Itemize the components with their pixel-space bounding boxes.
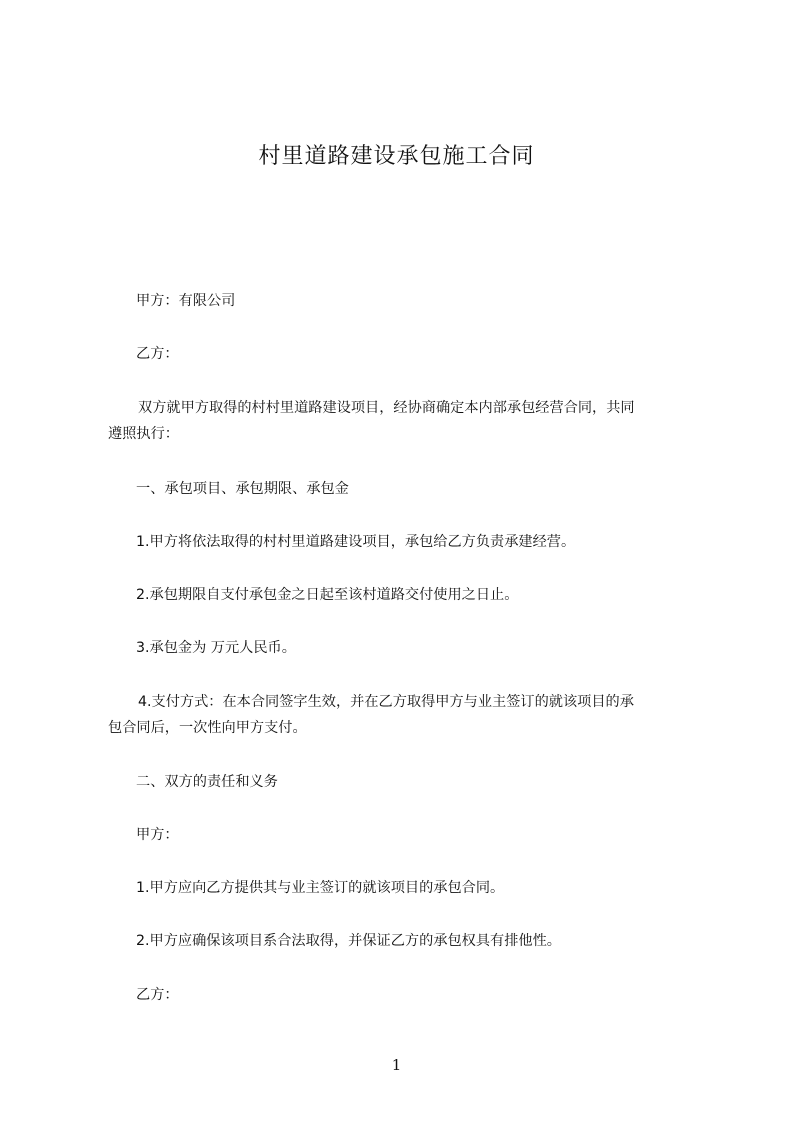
document-title: 村里道路建设承包施工合同 bbox=[0, 141, 793, 173]
intro-paragraph-line-2: 遵照执行： bbox=[108, 423, 708, 445]
section-2-heading: 二、双方的责任和义务 bbox=[136, 771, 736, 793]
section-2-party-a-item-2: 2.甲方应确保该项目系合法取得，并保证乙方的承包权具有排他性。 bbox=[136, 930, 736, 952]
intro-paragraph-line-1: 双方就甲方取得的村村里道路建设项目，经协商确定本内部承包经营合同，共同 bbox=[138, 397, 738, 419]
section-2-party-a-item-1: 1.甲方应向乙方提供其与业主签订的就该项目的承包合同。 bbox=[136, 877, 736, 899]
section-2-party-a-label: 甲方： bbox=[136, 824, 736, 846]
document-page: 村里道路建设承包施工合同 甲方：有限公司 乙方： 双方就甲方取得的村村里道路建设… bbox=[0, 0, 793, 1122]
section-1-item-1: 1.甲方将依法取得的村村里道路建设项目，承包给乙方负责承建经营。 bbox=[136, 531, 736, 553]
section-1-item-4-line-2: 包合同后，一次性向甲方支付。 bbox=[108, 717, 708, 739]
section-1-item-2: 2.承包期限自支付承包金之日起至该村道路交付使用之日止。 bbox=[136, 584, 736, 606]
party-b-line: 乙方： bbox=[136, 343, 736, 365]
section-1-item-3: 3.承包金为 万元人民币。 bbox=[136, 637, 736, 659]
section-1-item-4-line-1: 4.支付方式：在本合同签字生效，并在乙方取得甲方与业主签订的就该项目的承 bbox=[138, 691, 738, 713]
party-a-line: 甲方：有限公司 bbox=[136, 290, 736, 312]
section-1-heading: 一、承包项目、承包期限、承包金 bbox=[136, 478, 736, 500]
section-2-party-b-label: 乙方： bbox=[136, 984, 736, 1006]
page-number: 1 bbox=[0, 1056, 793, 1074]
